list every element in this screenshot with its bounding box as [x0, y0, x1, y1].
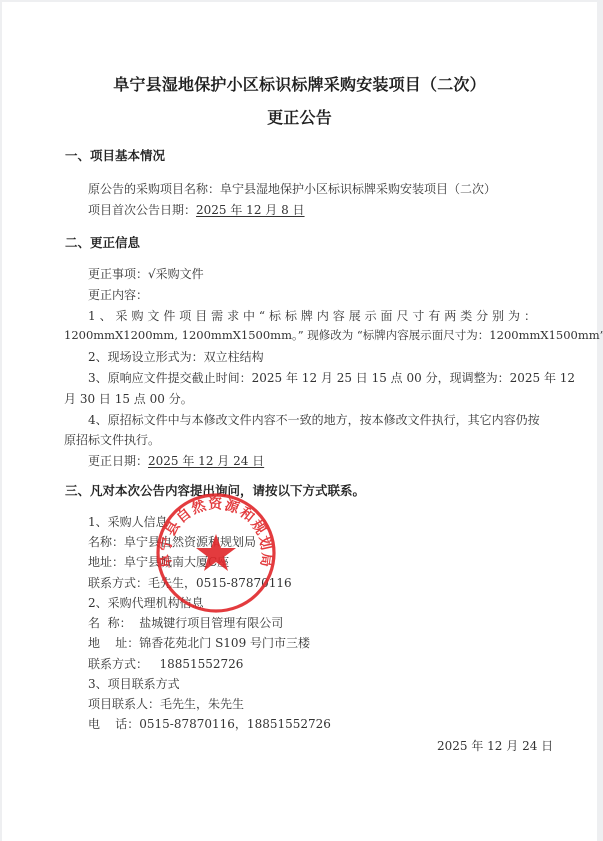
section3-heading: 三、凡对本次公告内容提出询问，请按以下方式联系。 — [65, 481, 365, 499]
correction-content-label: 更正内容： — [88, 286, 148, 303]
section1-heading: 一、项目基本情况 — [65, 146, 165, 164]
first-date-value: 2025 年 12 月 8 日 — [196, 203, 305, 217]
signature-date: 2025 年 12 月 24 日 — [437, 737, 553, 754]
project-contact-phone: 电 话：0515-87870116，18851552726 — [88, 715, 331, 732]
correction-item3-line2: 月 30 日 15 点 00 分。 — [64, 390, 193, 407]
correction-item1-line2: 1200mmX1200mm, 1200mmX1500mm。” 现修改为 “标牌内… — [64, 327, 603, 343]
agency-address: 地 址：锦香花苑北门 S109 号门市三楼 — [88, 634, 310, 651]
project-contact-persons: 项目联系人：毛先生，朱先生 — [88, 695, 244, 712]
agency-heading: 2、采购代理机构信息 — [88, 594, 204, 611]
agency-contact: 联系方式： 18851552726 — [88, 655, 243, 672]
document-title: 阜宁县湿地保护小区标识标牌采购安装项目（二次） — [2, 72, 597, 95]
project-contact-heading: 3、项目联系方式 — [88, 675, 180, 692]
document-page: 阜宁县湿地保护小区标识标牌采购安装项目（二次） 更正公告 一、项目基本情况 原公… — [2, 2, 597, 841]
first-date-label: 项目首次公告日期： — [88, 203, 196, 217]
buyer-name: 名称：阜宁县自然资源和规划局 — [88, 533, 256, 550]
section2-heading: 二、更正信息 — [65, 233, 140, 251]
first-date-line: 项目首次公告日期：2025 年 12 月 8 日 — [88, 201, 305, 218]
buyer-address: 地址：阜宁县城南大厦C座 — [88, 553, 229, 570]
correction-items-value: √采购文件 — [148, 267, 204, 281]
project-name-label: 原公告的采购项目名称： — [88, 182, 220, 196]
correction-date-line: 更正日期：2025 年 12 月 24 日 — [88, 452, 264, 469]
correction-item4-line2: 原招标文件执行。 — [64, 431, 160, 448]
buyer-heading: 1、采购人信息 — [88, 513, 168, 530]
correction-item3-line1: 3、原响应文件提交截止时间：2025 年 12 月 25 日 15 点 00 分… — [88, 369, 575, 386]
correction-date-value: 2025 年 12 月 24 日 — [148, 454, 264, 468]
project-name-line: 原公告的采购项目名称：阜宁县湿地保护小区标识标牌采购安装项目（二次） — [88, 180, 496, 197]
project-name-value: 阜宁县湿地保护小区标识标牌采购安装项目（二次） — [220, 182, 496, 196]
correction-date-label: 更正日期： — [88, 454, 148, 468]
correction-items-line: 更正事项：√采购文件 — [88, 265, 204, 282]
correction-item1-line1: 1、采购文件项目需求中“标标牌内容展示面尺寸有两类分别为： — [88, 307, 536, 324]
correction-item4-line1: 4、原招标文件中与本修改文件内容不一致的地方，按本修改文件执行，其它内容仍按 — [88, 411, 540, 428]
document-subtitle: 更正公告 — [2, 105, 597, 128]
correction-item2: 2、现场设立形式为：双立柱结构 — [88, 348, 264, 365]
buyer-contact: 联系方式：毛先生，0515-87870116 — [88, 574, 292, 591]
correction-items-label: 更正事项： — [88, 267, 148, 281]
agency-name: 名 称： 盐城键行项目管理有限公司 — [88, 614, 283, 631]
